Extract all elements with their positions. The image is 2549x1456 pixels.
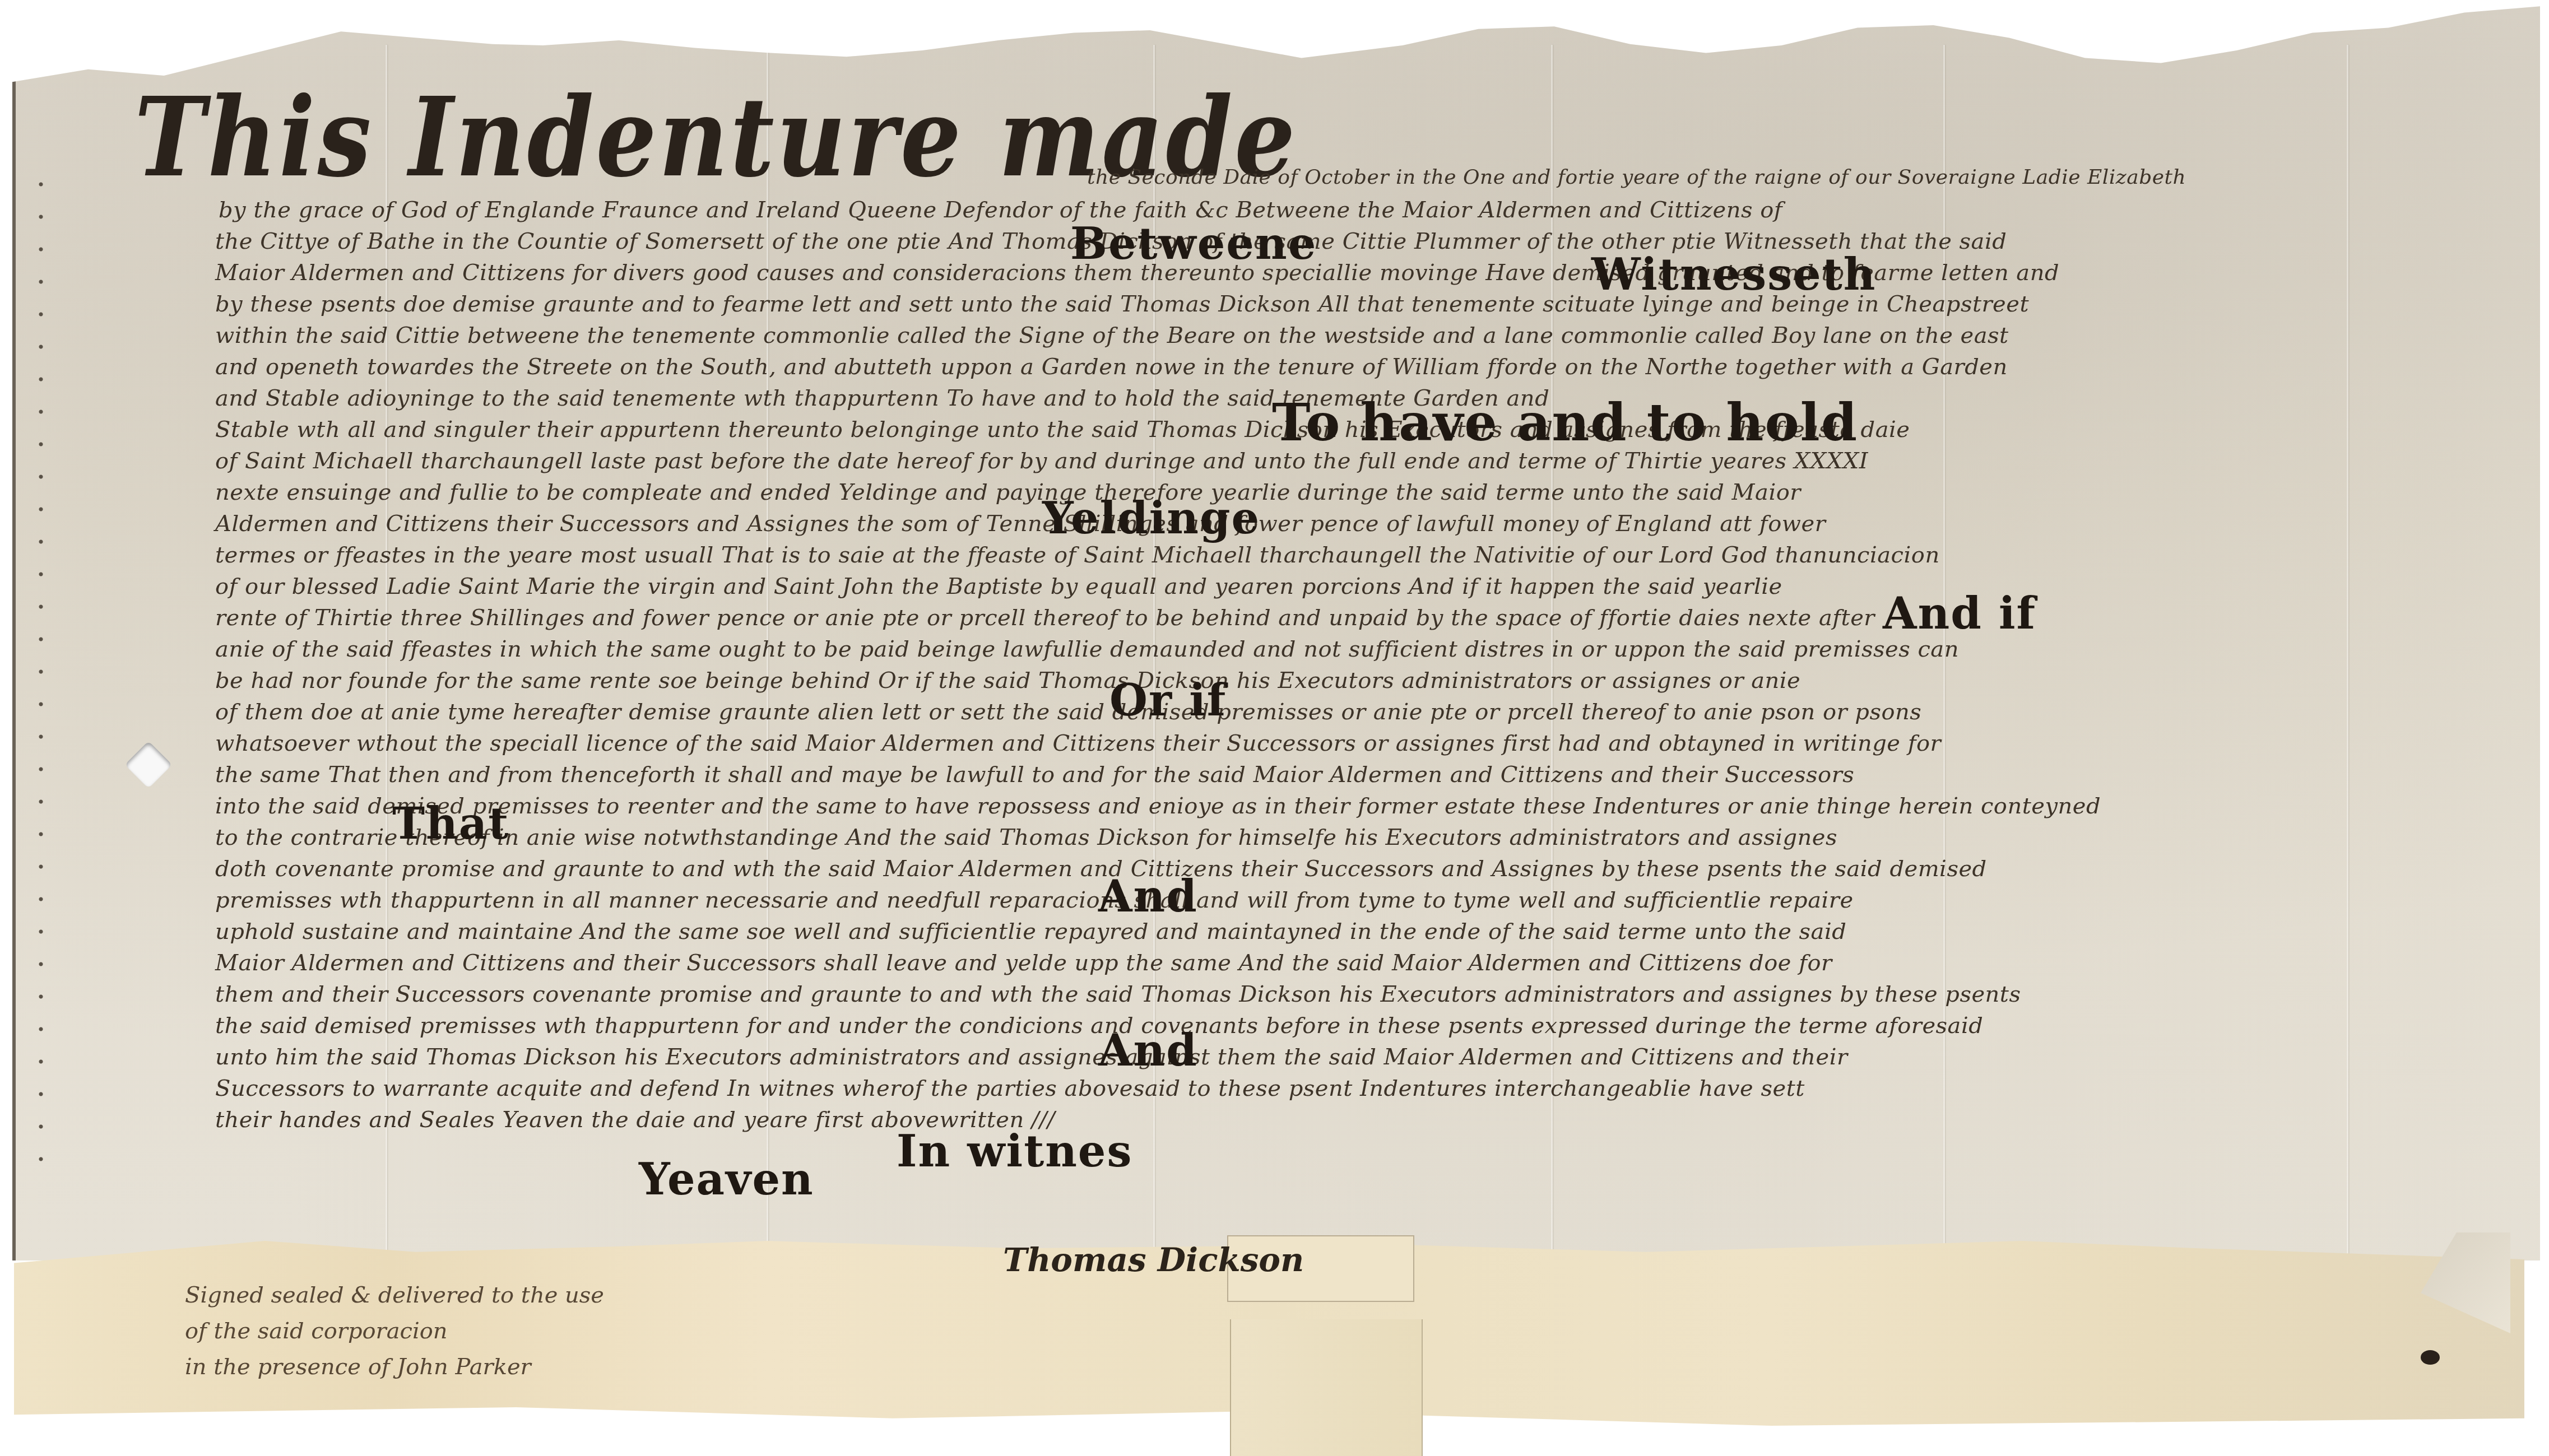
fold-crease (2347, 45, 2348, 1260)
text-line: by the grace of God of Englande Fraunce … (219, 197, 1782, 223)
text-line: nexte ensuinge and fullie to be compleat… (215, 480, 1801, 505)
keyword-and: And (1098, 871, 1198, 922)
text-line: and openeth towardes the Streete on the … (215, 354, 2008, 380)
text-line: rente of Thirtie three Shillinges and fo… (215, 605, 1875, 631)
keyword-betweene: Betweene (1070, 218, 1317, 269)
text-line: the same That then and from thenceforth … (215, 762, 1854, 788)
text-line: uphold sustaine and maintaine And the sa… (215, 919, 1846, 945)
text-line: premisses wth thappurtenn in all manner … (215, 887, 1854, 913)
text-line: unto him the said Thomas Dickson his Exe… (215, 1044, 1848, 1070)
seal-tag (1230, 1319, 1423, 1456)
endorsement-line: Signed sealed & delivered to the use (185, 1277, 604, 1313)
text-line: Maior Aldermen and Cittizens and their S… (215, 950, 1832, 976)
text-line: within the said Cittie betweene the tene… (215, 323, 2009, 348)
keyword-witnesseth: Witnesseth (1591, 249, 1876, 300)
text-line: of them doe at anie tyme hereafter demis… (215, 699, 1921, 725)
text-line: Aldermen and Cittizens their Successors … (215, 511, 1826, 537)
keyword-in-witnes: In witnes (897, 1126, 1132, 1177)
signature: Thomas Dickson (1003, 1241, 1304, 1279)
endorsement-line: of the said corporacion (185, 1313, 604, 1349)
keyword-yeldinge: Yeldinge (1042, 493, 1260, 544)
text-line: termes or ffeastes in the yeare most usu… (215, 542, 1940, 568)
text-line: anie of the said ffeastes in which the s… (215, 636, 1959, 662)
text-line: of our blessed Ladie Saint Marie the vir… (215, 574, 1782, 599)
text-line: be had nor founde for the same rente soe… (215, 668, 1800, 694)
text-line: them and their Successors covenante prom… (215, 981, 2021, 1007)
text-line: whatsoever wthout the speciall licence o… (215, 731, 1941, 756)
keyword-and: And (1098, 1025, 1198, 1076)
endorsement-line: in the presence of John Parker (185, 1349, 604, 1385)
keyword-or-if: Or if (1109, 675, 1227, 726)
keyword-and-if: And if (1883, 588, 2036, 639)
ink-stain (2421, 1350, 2440, 1365)
text-line: Successors to warrante acquite and defen… (215, 1076, 1805, 1101)
keyword-that: That (392, 798, 509, 849)
endorsement: Signed sealed & delivered to the use of … (185, 1277, 604, 1385)
margin-pinholes (38, 168, 44, 1176)
keyword-yeaven: Yeaven (639, 1154, 814, 1205)
text-line: the Seconde Daie of October in the One a… (1087, 166, 2186, 189)
keyword-to-have-and-to-hold: To have and to hold (1272, 392, 1858, 453)
